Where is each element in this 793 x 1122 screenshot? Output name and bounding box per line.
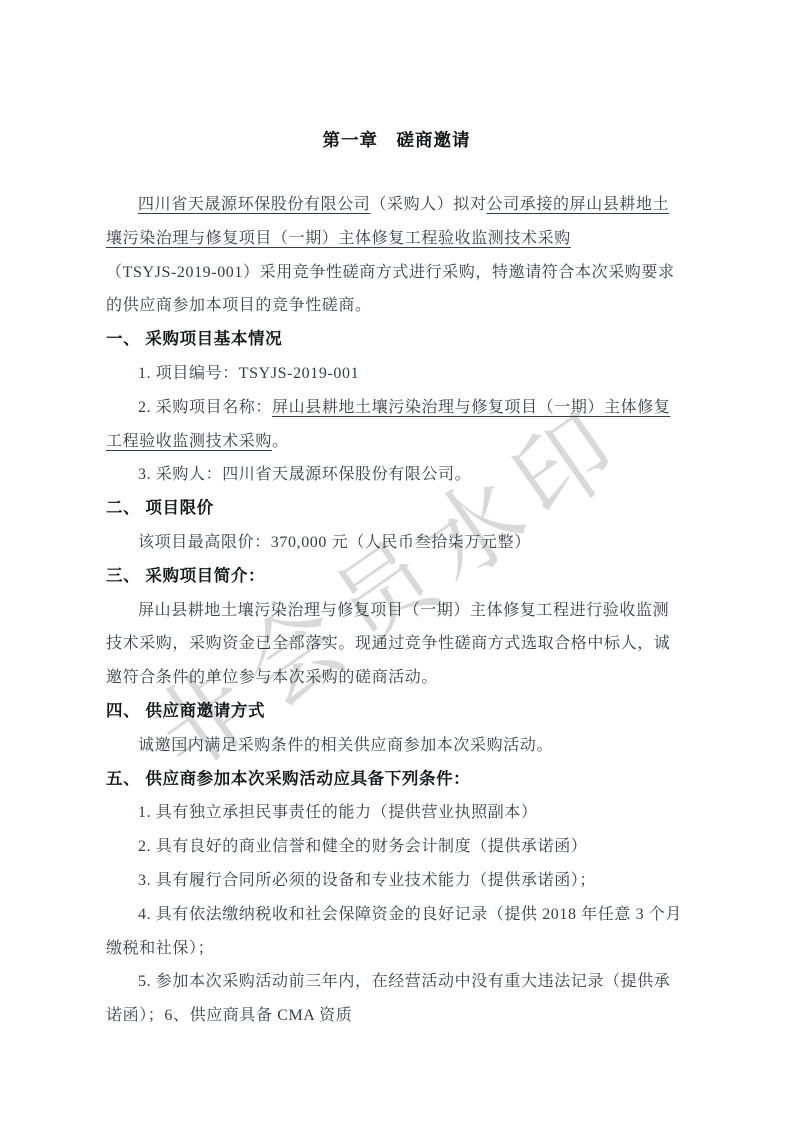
text-segment: 诚邀国内满足采购条件的相关供应商参加本次采购活动。 [138,737,553,754]
underlined-text: 屏山县耕地土壤污染治理与修复项目（一期）主体修复 [272,399,670,416]
underlined-text: 四川省天晟源环保股份有限公司 [138,196,370,213]
body-text-line: 缴税和社保）； [106,932,696,966]
body-text-line: 1. 具有独立承担民事责任的能力（提供营业执照副本） [106,796,696,830]
text-segment: 诺函）；6、供应商具备 CMA 资质 [106,1007,352,1024]
body-text-line: 诺函）；6、供应商具备 CMA 资质 [106,999,696,1033]
text-segment: 3. 具有履行合同所必须的设备和专业技术能力（提供承诺函）； [138,872,596,889]
chapter-title: 第一章 磋商邀请 [0,127,793,152]
underlined-text: 工程验收监测技术采购 [106,433,272,450]
body-text-line: 技术采购，采购资金已全部落实。现通过竞争性磋商方式选取合格中标人，诚 [106,627,696,661]
text-segment: 4. 具有依法缴纳税收和社会保障资金的良好记录（提供 2018 年任意 3 个月 [138,906,682,923]
text-segment: 屏山县耕地土壤污染治理与修复项目（一期）主体修复工程进行验收监测 [138,602,669,619]
text-segment: （TSYJS-2019-001）采用竞争性磋商方式进行采购，特邀请符合本次采购要… [106,264,675,281]
underlined-text: 公司承接的屏山县耕地土 [487,196,670,213]
body-text-line: 工程验收监测技术采购。 [106,425,696,459]
text-segment: 五、 供应商参加本次采购活动应具备下列条件： [106,770,470,788]
section-heading-line: 一、 采购项目基本情况 [106,323,696,357]
text-segment: 三、 采购项目简介： [106,567,265,585]
body-text-line: 1. 项目编号：TSYJS-2019-001 [106,357,696,391]
body-text-line: 壤污染治理与修复项目（一期）主体修复工程验收监测技术采购 [106,222,696,256]
text-segment: 的供应商参加本项目的竞争性磋商。 [106,297,372,314]
text-segment: 3. 采购人：四川省天晟源环保股份有限公司。 [138,466,471,483]
body-text-line: 4. 具有依法缴纳税收和社会保障资金的良好记录（提供 2018 年任意 3 个月 [106,898,696,932]
text-segment: 1. 项目编号：TSYJS-2019-001 [138,365,359,382]
body-text-line: 3. 采购人：四川省天晟源环保股份有限公司。 [106,458,696,492]
body-text-line: 诚邀国内满足采购条件的相关供应商参加本次采购活动。 [106,729,696,763]
body-text-line: 邀符合条件的单位参与本次采购的磋商活动。 [106,661,696,695]
body-text-line: 2. 具有良好的商业信誉和健全的财务会计制度（提供承诺函） [106,830,696,864]
text-segment: 。 [272,433,289,450]
document-content: 四川省天晟源环保股份有限公司（采购人）拟对公司承接的屏山县耕地土壤污染治理与修复… [106,188,696,1033]
text-segment: 5. 参加本次采购活动前三年内，在经营活动中没有重大违法记录（提供承 [138,973,670,990]
text-segment: （采购人）拟对 [370,196,486,213]
body-text-line: 屏山县耕地土壤污染治理与修复项目（一期）主体修复工程进行验收监测 [106,594,696,628]
section-heading-line: 三、 采购项目简介： [106,560,696,594]
text-segment: 2. 采购项目名称： [138,399,272,416]
text-segment: 缴税和社保）； [106,940,214,957]
text-segment: 二、 项目限价 [106,499,214,517]
body-text-line: 3. 具有履行合同所必须的设备和专业技术能力（提供承诺函）； [106,864,696,898]
section-heading-line: 五、 供应商参加本次采购活动应具备下列条件： [106,763,696,797]
body-text-line: 5. 参加本次采购活动前三年内，在经营活动中没有重大违法记录（提供承 [106,965,696,999]
text-segment: 邀符合条件的单位参与本次采购的磋商活动。 [106,669,438,686]
document-page: 非会员水印 第一章 磋商邀请 四川省天晟源环保股份有限公司（采购人）拟对公司承接… [0,0,793,1122]
section-heading-line: 四、 供应商邀请方式 [106,695,696,729]
text-segment: 四、 供应商邀请方式 [106,702,265,720]
text-segment: 技术采购，采购资金已全部落实。现通过竞争性磋商方式选取合格中标人，诚 [106,635,670,652]
section-heading-line: 二、 项目限价 [106,492,696,526]
body-text-line: 2. 采购项目名称：屏山县耕地土壤污染治理与修复项目（一期）主体修复 [106,391,696,425]
body-text-line: 该项目最高限价：370,000 元（人民币叁拾柒万元整） [106,526,696,560]
body-text-line: 的供应商参加本项目的竞争性磋商。 [106,289,696,323]
text-segment: 2. 具有良好的商业信誉和健全的财务会计制度（提供承诺函） [138,838,587,855]
body-text-line: （TSYJS-2019-001）采用竞争性磋商方式进行采购，特邀请符合本次采购要… [106,256,696,290]
text-segment: 一、 采购项目基本情况 [106,330,282,348]
underlined-text: 壤污染治理与修复项目（一期）主体修复工程验收监测技术采购 [106,230,571,247]
text-segment: 该项目最高限价：370,000 元（人民币叁拾柒万元整） [138,534,531,551]
text-segment: 1. 具有独立承担民事责任的能力（提供营业执照副本） [138,804,538,821]
body-text-line: 四川省天晟源环保股份有限公司（采购人）拟对公司承接的屏山县耕地土 [106,188,696,222]
